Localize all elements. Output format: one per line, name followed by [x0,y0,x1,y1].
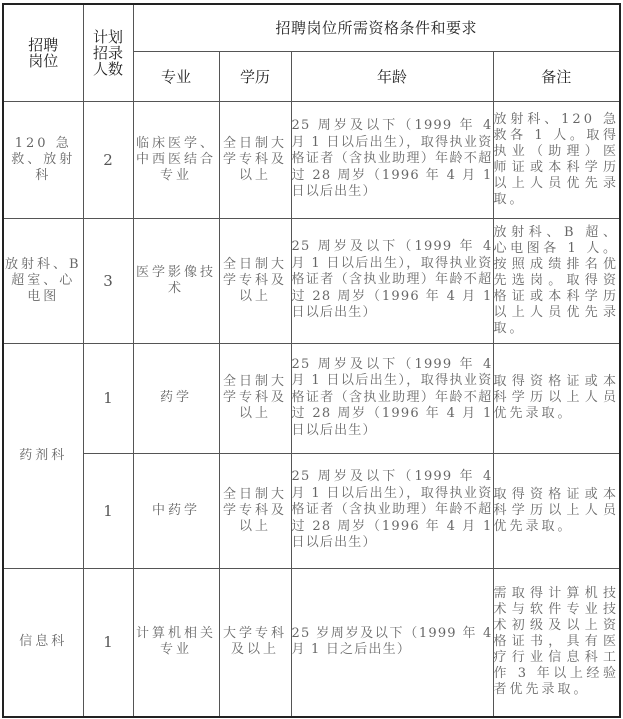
remarks-cell: 需取得计算机技术与软件专业技术初级及以上资格证书，具有医疗行业信息科工作 3 年… [493,568,620,717]
post-cell: 放射科、B 超室、心电图 [3,218,83,343]
header-education: 学历 [219,51,291,101]
education-cell: 全日制大学专科及以上 [219,343,291,453]
post-cell: 药剂科 [3,343,83,568]
age-cell: 25 周岁及以下（1999 年 4 月 1 日以后出生），取得执业资格证者（含执… [291,343,493,453]
post-cell: 120 急救、放射科 [3,101,83,218]
header-major: 专业 [133,51,219,101]
count-cell: 2 [83,101,133,218]
table-row: 120 急救、放射科 2 临床医学、中西医结合专业 全日制大学专科及以上 25 … [3,101,620,218]
table-row: 放射科、B 超室、心电图 3 医学影像技术 全日制大学专科及以上 25 周岁及以… [3,218,620,343]
header-row-top: 招聘 岗位 计划 招录 人数 招聘岗位所需资格条件和要求 [3,4,620,51]
education-cell: 大学专科及以上 [219,568,291,717]
education-cell: 全日制大学专科及以上 [219,218,291,343]
education-cell: 全日制大学专科及以上 [219,101,291,218]
table-row: 信息科 1 计算机相关专业 大学专科及以上 25 岁周岁及以下（1999 年 4… [3,568,620,717]
age-cell: 25 周岁及以下（1999 年 4 月 1 日以后出生），取得执业资格证者（含执… [291,101,493,218]
remarks-cell: 取得资格证或本科学历以上人员优先录取。 [493,343,620,453]
count-cell: 1 [83,343,133,453]
major-cell: 中药学 [133,453,219,568]
count-cell: 1 [83,453,133,568]
recruitment-requirements-table: 招聘 岗位 计划 招录 人数 招聘岗位所需资格条件和要求 专业 学历 年龄 备注… [2,3,621,718]
major-cell: 计算机相关专业 [133,568,219,717]
age-cell: 25 周岁及以下（1999 年 4 月 1 日以后出生），取得执业资格证者（含执… [291,218,493,343]
header-post: 招聘 岗位 [3,4,83,101]
header-requirements: 招聘岗位所需资格条件和要求 [133,4,620,51]
major-cell: 医学影像技术 [133,218,219,343]
table-row: 药剂科 1 药学 全日制大学专科及以上 25 周岁及以下（1999 年 4 月 … [3,343,620,453]
post-cell: 信息科 [3,568,83,717]
remarks-cell: 放射科、B 超、心电图各 1 人。按照成绩排名优先选岗。取得资格证或本科学历以上… [493,218,620,343]
age-cell: 25 周岁及以下（1999 年 4 月 1 日以后出生），取得执业资格证者（含执… [291,453,493,568]
major-cell: 临床医学、中西医结合专业 [133,101,219,218]
major-cell: 药学 [133,343,219,453]
education-cell: 全日制大学专科及以上 [219,453,291,568]
table-row: 1 中药学 全日制大学专科及以上 25 周岁及以下（1999 年 4 月 1 日… [3,453,620,568]
count-cell: 1 [83,568,133,717]
age-cell: 25 岁周岁及以下（1999 年 4 月 1 日之后出生） [291,568,493,717]
count-cell: 3 [83,218,133,343]
remarks-cell: 放射科、120 急救各 1 人。取得执业（助理）医师证或本科学历以上人员优先录取… [493,101,620,218]
header-age: 年龄 [291,51,493,101]
header-remarks: 备注 [493,51,620,101]
header-planned-count: 计划 招录 人数 [83,4,133,101]
remarks-cell: 取得资格证或本科学历以上人员优先录取。 [493,453,620,568]
